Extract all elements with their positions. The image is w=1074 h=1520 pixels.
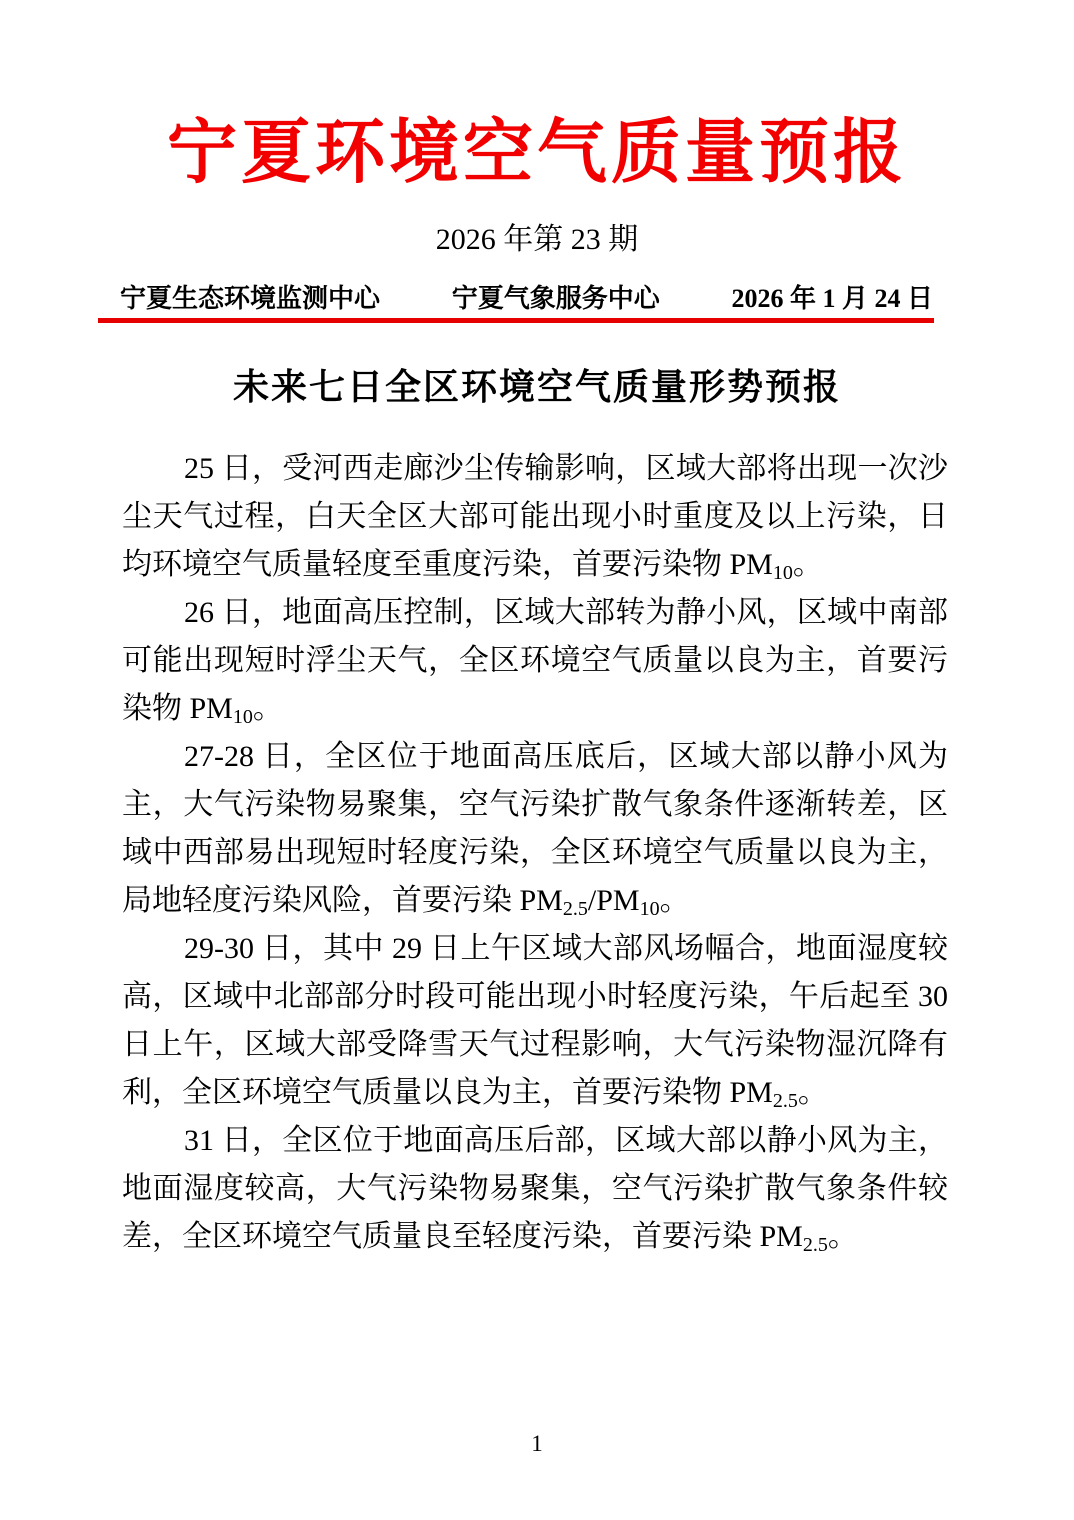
issue-number: 2026 年第 23 期 [0,222,1074,258]
paragraph-day-25: 25 日，受河西走廊沙尘传输影响，区域大部将出现一次沙尘天气过程，白天全区大部可… [122,445,948,589]
pm10-subscript: 10 [233,706,253,728]
pm10-subscript: 10 [640,898,660,920]
paragraph-text: 。 [798,1076,828,1109]
page-number: 1 [0,1430,1074,1458]
pm25-subscript: 2.5 [803,1234,828,1256]
paragraph-text: 。 [828,1220,858,1253]
paragraph-text: 。 [253,692,283,725]
document-title: 宁夏环境空气质量预报 [0,112,1074,196]
paragraph-text: 。 [660,884,690,917]
document-page: 宁夏环境空气质量预报 2026 年第 23 期 宁夏生态环境监测中心 宁夏气象服… [0,0,1074,1520]
paragraph-day-29-30: 29-30 日，其中 29 日上午区域大部风场幅合，地面湿度较高，区域中北部部分… [122,925,948,1117]
paragraph-day-26: 26 日，地面高压控制，区域大部转为静小风，区域中南部可能出现短时浮尘天气，全区… [122,589,948,733]
pm10-subscript: 10 [773,562,793,584]
red-divider-rule [98,318,934,323]
paragraph-day-27-28: 27-28 日，全区位于地面高压底后，区域大部以静小风为主，大气污染物易聚集，空… [122,733,948,925]
paragraph-text: 25 日，受河西走廊沙尘传输影响，区域大部将出现一次沙尘天气过程，白天全区大部可… [122,452,948,581]
paragraph-day-31: 31 日，全区位于地面高压后部，区域大部以静小风为主，地面湿度较高，大气污染物易… [122,1117,948,1261]
org-monitoring-center: 宁夏生态环境监测中心 [120,284,380,314]
header-date: 2026 年 1 月 24 日 [731,284,933,314]
section-title: 未来七日全区环境空气质量形势预报 [0,367,1074,407]
header-row: 宁夏生态环境监测中心 宁夏气象服务中心 2026 年 1 月 24 日 [120,284,933,314]
pm25-subscript: 2.5 [563,898,588,920]
pm25-subscript: 2.5 [773,1090,798,1112]
paragraph-text: 27-28 日，全区位于地面高压底后，区域大部以静小风为主，大气污染物易聚集，空… [122,740,948,917]
paragraph-text: /PM [588,884,640,917]
forecast-body: 25 日，受河西走廊沙尘传输影响，区域大部将出现一次沙尘天气过程，白天全区大部可… [122,445,948,1261]
org-meteorological-center: 宁夏气象服务中心 [452,284,660,314]
paragraph-text: 。 [793,548,823,581]
